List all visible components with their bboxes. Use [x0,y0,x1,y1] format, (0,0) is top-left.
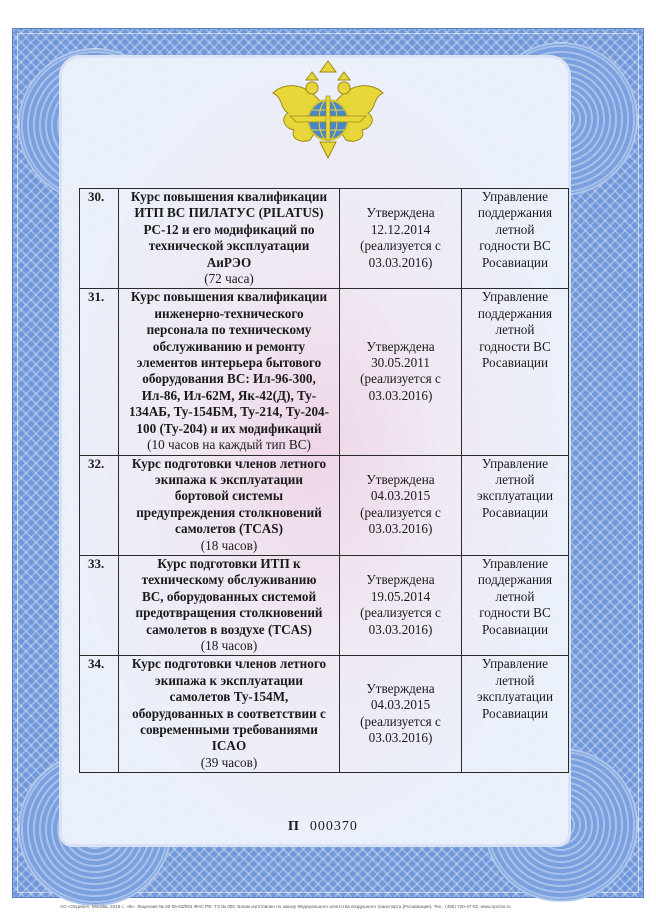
department-line: поддержания [464,572,566,588]
row-number: 31. [80,289,119,455]
course-title-line: АиРЭО [121,255,337,271]
approval-status-line: (реализуется с [342,238,459,254]
approval-status-line: 12.12.2014 [342,222,459,238]
course-cell: Курс подготовки членов летногоэкипажа к … [119,455,340,555]
printer-imprint: АО «Опцион», Москва, 2016 г., «В». Лицен… [60,904,640,909]
department-cell: Управлениеподдержаниялетнойгодности ВСРо… [462,555,569,655]
approval-status-line: Утверждена [342,472,459,488]
course-hours: (39 часов) [121,755,337,771]
department-cell: УправлениелетнойэксплуатацииРосавиации [462,656,569,773]
course-title-line: Курс подготовки членов летного [121,456,337,472]
department-line: Росавиации [464,255,566,271]
course-hours: (18 часов) [121,538,337,554]
course-title-line: предотвращения столкновений [121,605,337,621]
course-title-line: Курс повышения квалификации [121,189,337,205]
course-title-line: оборудованных в соответствии с [121,706,337,722]
table-row: 30.Курс повышения квалификацииИТП ВС ПИЛ… [80,189,569,289]
department-line: летной [464,673,566,689]
approval-status-cell: Утверждена12.12.2014(реализуется с03.03.… [340,189,462,289]
row-number: 32. [80,455,119,555]
serial-number: П000370 [288,819,358,835]
approval-status-line: Утверждена [342,205,459,221]
course-title-line: 134АБ, Ту-154БМ, Ту-214, Ту-204- [121,404,337,420]
approval-status-line: (реализуется с [342,505,459,521]
department-line: Росавиации [464,706,566,722]
course-hours: (10 часов на каждый тип ВС) [121,437,337,453]
row-number: 33. [80,555,119,655]
department-line: эксплуатации [464,488,566,504]
department-line: летной [464,589,566,605]
department-line: годности ВС [464,238,566,254]
course-cell: Курс повышения квалификацииИТП ВС ПИЛАТУ… [119,189,340,289]
department-line: Управление [464,656,566,672]
course-title-line: 100 (Ту-204) и их модификаций [121,421,337,437]
table-row: 31.Курс повышения квалификацииинженерно-… [80,289,569,455]
course-title-line: самолетов (TCAS) [121,521,337,537]
course-title-line: самолетов в воздухе (TCAS) [121,622,337,638]
department-line: Управление [464,189,566,205]
course-cell: Курс подготовки ИТП ктехническому обслуж… [119,555,340,655]
department-line: поддержания [464,306,566,322]
department-cell: УправлениелетнойэксплуатацииРосавиации [462,455,569,555]
department-line: Росавиации [464,505,566,521]
course-title-line: экипажа к эксплуатации [121,673,337,689]
approval-status-line: (реализуется с [342,605,459,621]
table-row: 34.Курс подготовки членов летногоэкипажа… [80,656,569,773]
department-line: годности ВС [464,605,566,621]
course-title-line: экипажа к эксплуатации [121,472,337,488]
approval-status-cell: Утверждена04.03.2015(реализуется с03.03.… [340,455,462,555]
approval-status-line: 04.03.2015 [342,697,459,713]
course-list-table: 30.Курс повышения квалификацииИТП ВС ПИЛ… [79,188,569,773]
department-line: Управление [464,556,566,572]
approval-status-line: Утверждена [342,681,459,697]
course-title-line: Курс повышения квалификации [121,289,337,305]
approval-status-cell: Утверждена30.05.2011(реализуется с03.03.… [340,289,462,455]
department-line: летной [464,472,566,488]
approval-status-line: Утверждена [342,339,459,355]
approval-status-line: 03.03.2016) [342,388,459,404]
course-title-line: предупреждения столкновений [121,505,337,521]
course-cell: Курс подготовки членов летногоэкипажа к … [119,656,340,773]
department-line: Управление [464,289,566,305]
department-line: годности ВС [464,339,566,355]
department-line: летной [464,322,566,338]
approval-status-line: (реализуется с [342,714,459,730]
course-title-line: обслуживанию и ремонту [121,339,337,355]
department-line: Росавиации [464,622,566,638]
course-title-line: оборудования ВС: Ил-96-300, [121,371,337,387]
row-number: 30. [80,189,119,289]
course-hours: (18 часов) [121,638,337,654]
approval-status-line: 04.03.2015 [342,488,459,504]
table-row: 33.Курс подготовки ИТП ктехническому обс… [80,555,569,655]
department-line: поддержания [464,205,566,221]
approval-status-line: 03.03.2016) [342,730,459,746]
approval-status-line: Утверждена [342,572,459,588]
row-number: 34. [80,656,119,773]
course-title-line: технической эксплуатации [121,238,337,254]
approval-status-line: 30.05.2011 [342,355,459,371]
approval-status-line: (реализуется с [342,371,459,387]
course-title-line: современными требованиями [121,722,337,738]
course-title-line: Курс подготовки ИТП к [121,556,337,572]
eagle-emblem-icon [268,58,388,168]
course-title-line: инженерно-технического [121,306,337,322]
department-line: Росавиации [464,355,566,371]
course-title-line: бортовой системы [121,488,337,504]
course-title-line: персонала по техническому [121,322,337,338]
approval-status-cell: Утверждена04.03.2015(реализуется с03.03.… [340,656,462,773]
course-hours: (72 часа) [121,271,337,287]
department-line: эксплуатации [464,689,566,705]
course-title-line: PC-12 и его модификаций по [121,222,337,238]
approval-status-line: 19.05.2014 [342,589,459,605]
course-title-line: элементов интерьера бытового [121,355,337,371]
department-cell: Управлениеподдержаниялетнойгодности ВСРо… [462,289,569,455]
course-cell: Курс повышения квалификацииинженерно-тех… [119,289,340,455]
serial-value: 000370 [310,819,358,834]
department-line: летной [464,222,566,238]
course-title-line: ВС, оборудованных системой [121,589,337,605]
department-cell: Управлениеподдержаниялетнойгодности ВСРо… [462,189,569,289]
course-title-line: Ил-86, Ил-62М, Як-42(Д), Ту- [121,388,337,404]
table-row: 32.Курс подготовки членов летногоэкипажа… [80,455,569,555]
course-title-line: техническому обслуживанию [121,572,337,588]
approval-status-line: 03.03.2016) [342,622,459,638]
approval-status-line: 03.03.2016) [342,255,459,271]
course-title-line: самолетов Ту-154М, [121,689,337,705]
approval-status-line: 03.03.2016) [342,521,459,537]
department-line: Управление [464,456,566,472]
serial-prefix: П [288,819,300,834]
course-title-line: ИТП ВС ПИЛАТУС (PILATUS) [121,205,337,221]
course-title-line: Курс подготовки членов летного [121,656,337,672]
approval-status-cell: Утверждена19.05.2014(реализуется с03.03.… [340,555,462,655]
course-title-line: ICAO [121,738,337,754]
